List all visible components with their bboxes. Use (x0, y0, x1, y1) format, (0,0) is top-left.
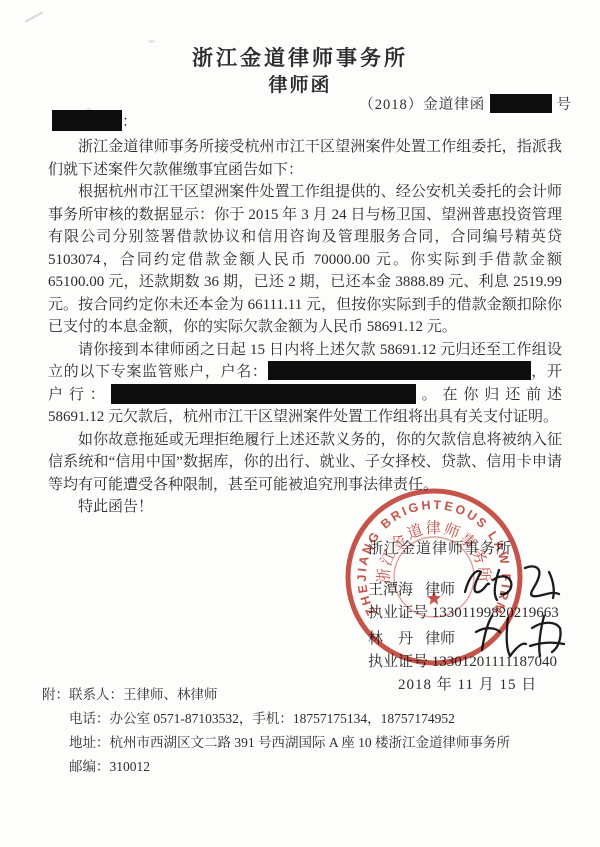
phone-line: 电话：办公室 0571-87103532，手机：18757175134，1875… (69, 707, 510, 731)
seal-chinese-text: 浙江金道律师事务所 (375, 519, 494, 584)
paragraph-intro: 浙江金道律师事务所接受杭州市江干区望洲案件处置工作组委托，指派我们就下述案件欠款… (48, 136, 562, 181)
seal-outer-ring (348, 491, 520, 663)
reference-prefix: （2018）金道律函 (359, 97, 485, 113)
address-line: 地址：杭州市西湖区文二路 391 号西湖国际 A 座 10 楼浙江金道律师事务所 (69, 731, 510, 755)
greeting-colon: ： (122, 114, 137, 130)
recipient-line: ： (52, 110, 137, 131)
page-title: 浙江金道律师事务所 (0, 42, 600, 72)
reference-suffix: 号 (557, 97, 573, 113)
contact-footer: 附：联系人：王律师、林律师 电话：办公室 0571-87103532，手机：18… (42, 683, 510, 779)
redacted-bank-name (111, 384, 416, 404)
redacted-account-name (268, 361, 531, 380)
seal-inner-ring (394, 537, 474, 617)
paragraph-loan-details: 根据杭州市江干区望洲案件处置工作组提供的、经公安机关委托的会计师事务所审核的数据… (48, 181, 562, 339)
paragraph-repayment-instruction: 请你接到本律师函之日起 15 日内将上述欠款 58691.12 元归还至工作组设… (48, 339, 562, 429)
seal-star-icon (427, 591, 441, 605)
letter-body: 浙江金道律师事务所接受杭州市江干区望洲案件处置工作组委托，指派我们就下述案件欠款… (48, 136, 562, 519)
postcode-line: 邮编：310012 (69, 755, 510, 779)
attachment-prefix: 附： (42, 687, 69, 702)
reference-number-line: （2018）金道律函 号 (359, 93, 572, 114)
attachment-contacts-line: 附：联系人：王律师、林律师 (42, 683, 510, 707)
redacted-reference-number (490, 94, 552, 113)
redacted-recipient-name (52, 110, 122, 131)
scanned-lawyer-letter: 浙江金道律师事务所 律师函 （2018）金道律函 号 ： 浙江金道律师事务所接受… (0, 0, 600, 847)
law-firm-seal: ZHEJIANG BRIGHTEOUS LAW FIRM 浙江金道律师事务所 (343, 486, 525, 668)
scan-artifact-mark (25, 11, 44, 22)
contact-persons: 联系人：王律师、林律师 (69, 687, 218, 702)
